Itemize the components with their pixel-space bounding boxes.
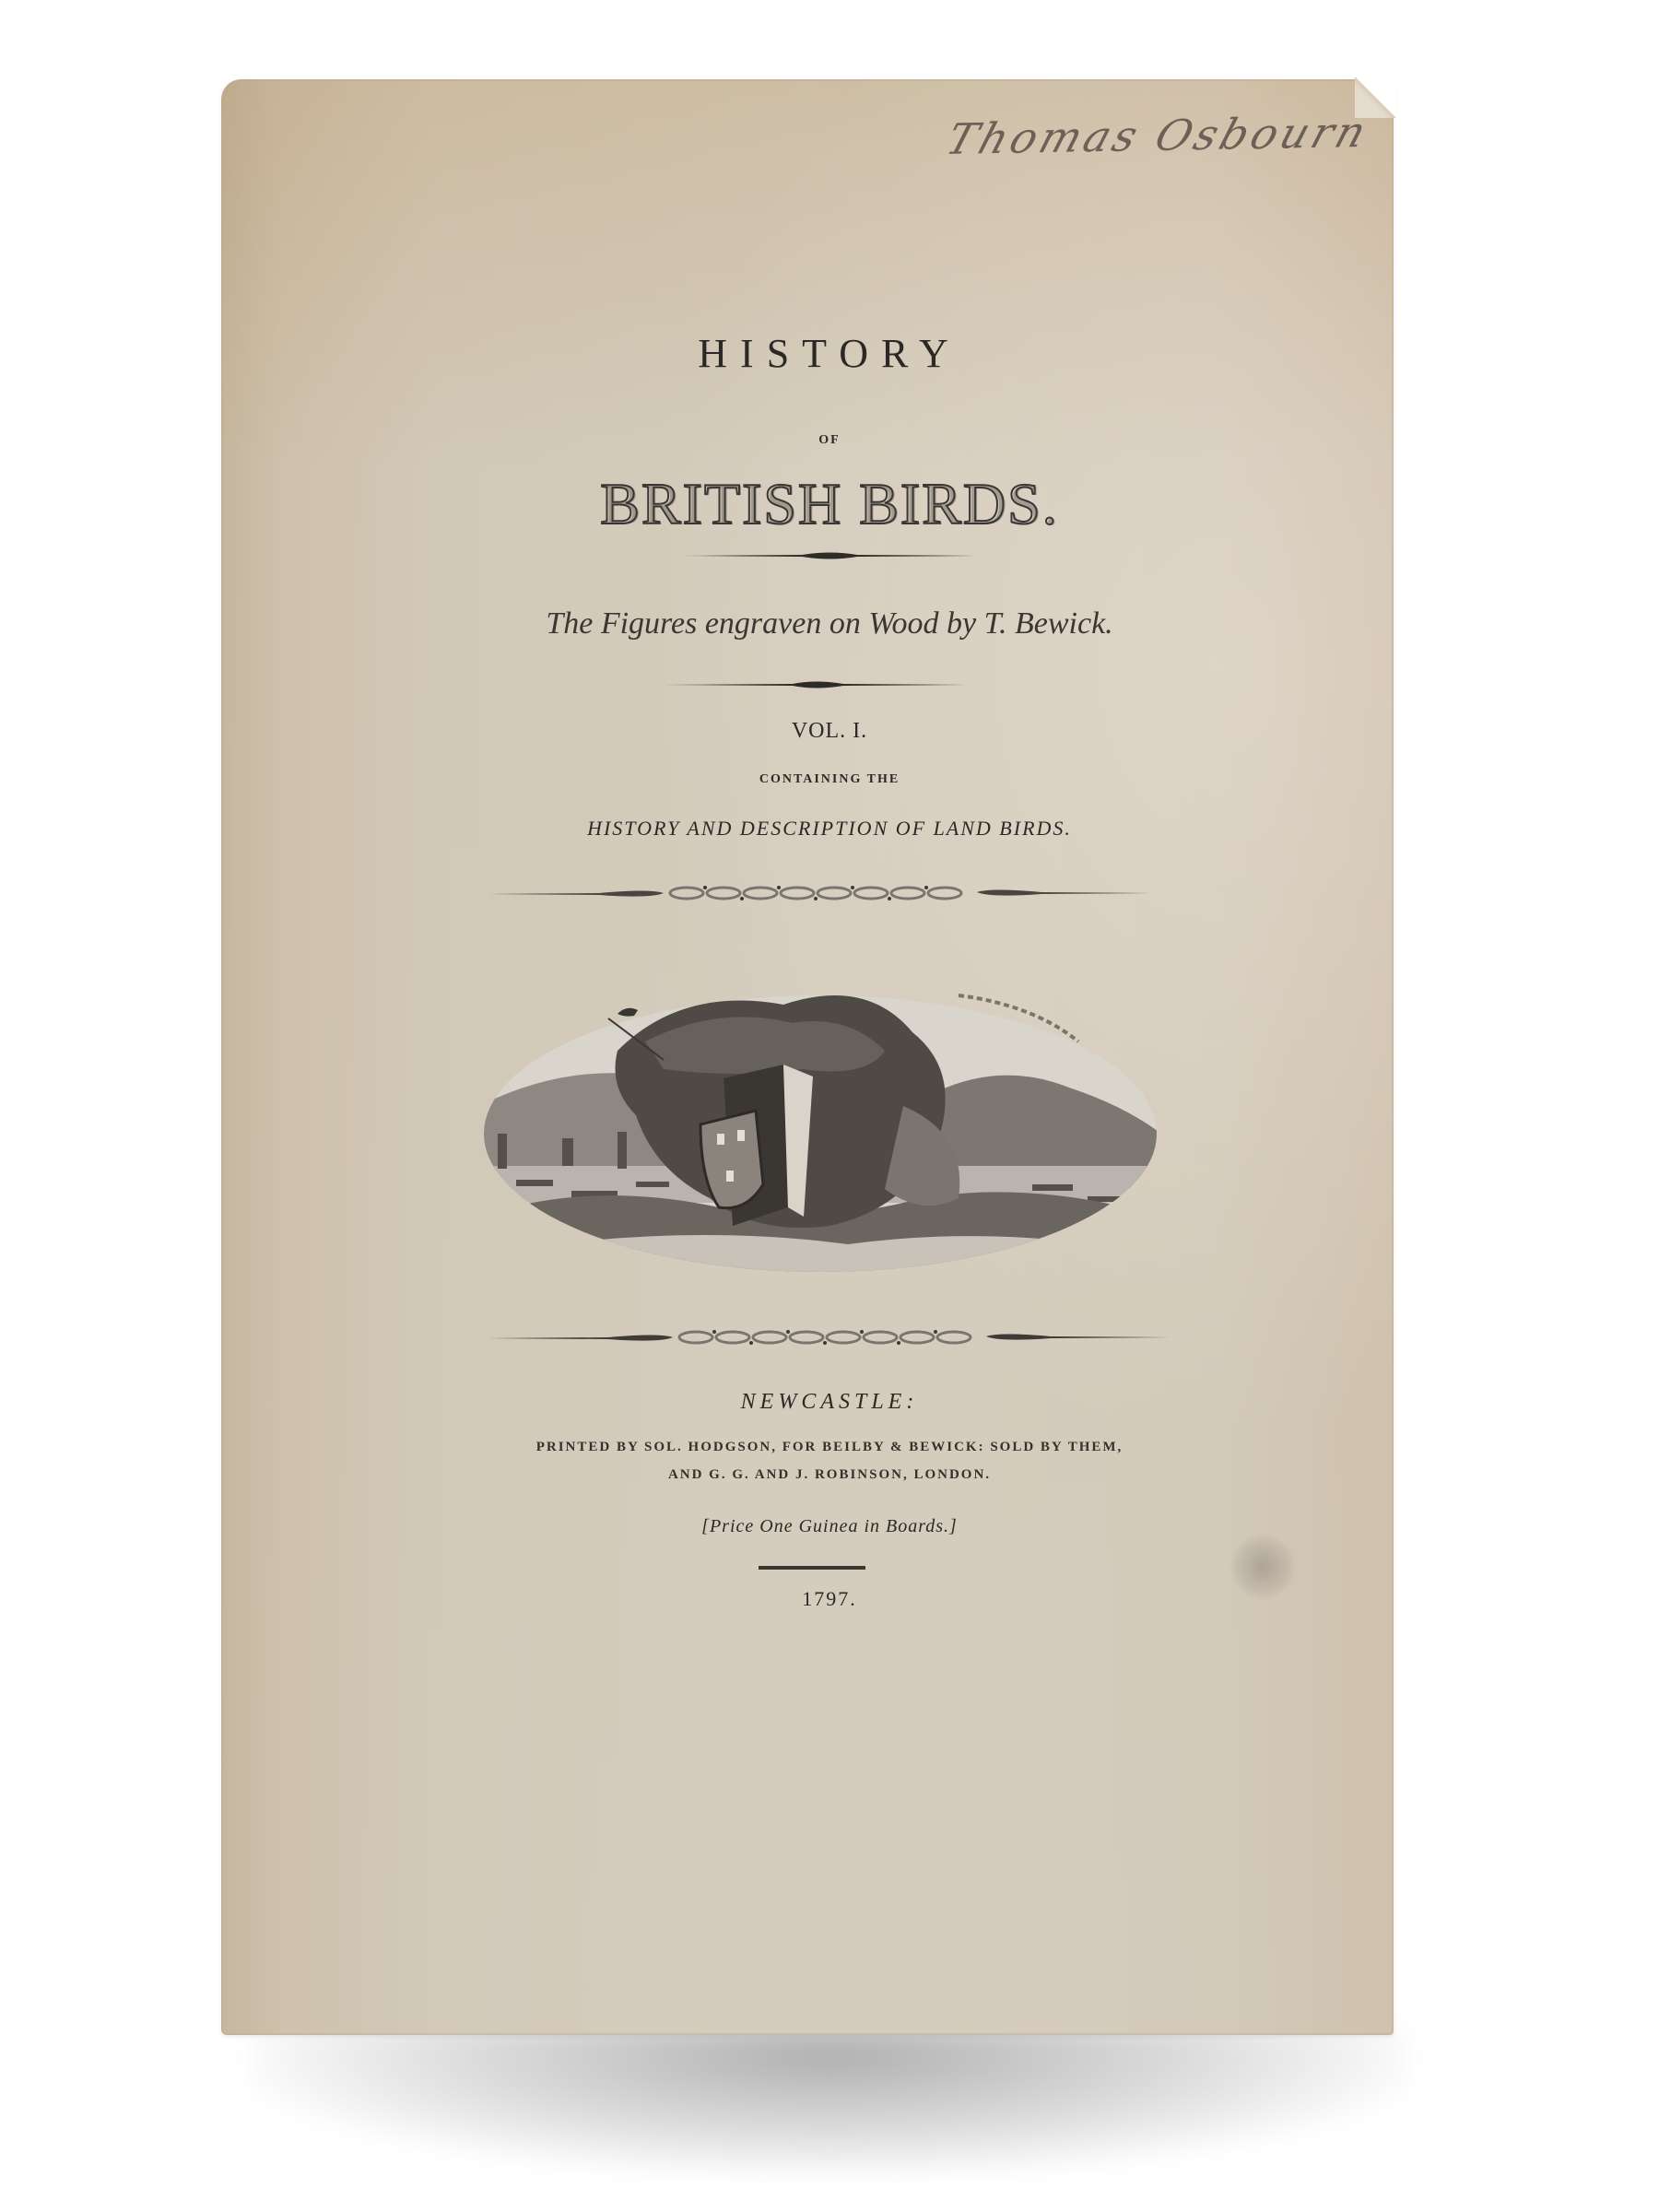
price-note: [Price One Guinea in Boards.] <box>0 1516 1659 1537</box>
title-history: HISTORY <box>0 330 1659 377</box>
tapered-rule-1 <box>682 549 977 562</box>
volume-subject: HISTORY AND DESCRIPTION OF LAND BIRDS. <box>0 817 1659 841</box>
imprint-printer: PRINTED BY SOL. HODGSON, FOR BEILBY & BE… <box>0 1440 1659 1455</box>
containing-label: CONTAINING THE <box>0 772 1659 787</box>
engraver-credit: The Figures engraven on Wood by T. Bewic… <box>0 606 1659 641</box>
volume-number: VOL. I. <box>0 719 1659 744</box>
imprint-sellers: AND G. G. AND J. ROBINSON, LONDON. <box>0 1467 1659 1483</box>
title-of: OF <box>0 433 1659 448</box>
wood-engraving-vignette-icon <box>479 949 1161 1281</box>
ornamental-chain-rule-bottom <box>488 1327 1171 1347</box>
short-rule <box>759 1564 865 1571</box>
imprint-place: NEWCASTLE: <box>0 1390 1659 1415</box>
page-shadow <box>249 2028 1410 2175</box>
tapered-rule-2 <box>664 678 968 691</box>
foxing-stain <box>1230 1535 1295 1599</box>
title-british-birds: BRITISH BIRDS. <box>0 470 1659 538</box>
owner-inscription: Thomas Osbourn <box>940 107 1375 164</box>
ornamental-chain-rule-top <box>488 883 1152 903</box>
publication-year: 1797. <box>0 1587 1659 1611</box>
